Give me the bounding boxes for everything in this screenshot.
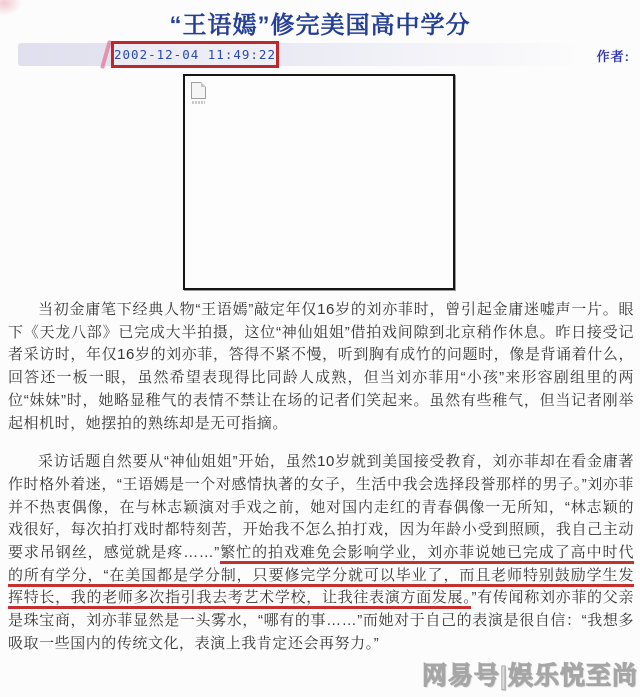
article-title: “王语嫣”修完美国高中学分 bbox=[0, 5, 640, 40]
broken-image-placeholder bbox=[183, 74, 455, 290]
article-page: “王语嫣”修完美国高中学分 2002-12-04 11:49:22 作者: 当初… bbox=[0, 0, 640, 697]
author-label: 作者: bbox=[597, 46, 630, 65]
paragraph-2: 采访话题自然要从“神仙姐姐”开始，虽然10岁就到美国接受教育，刘亦菲却在看金庸著… bbox=[8, 451, 634, 655]
netease-watermark: 网易号|娱乐悦至尚 bbox=[422, 656, 638, 692]
paragraph-1: 当初金庸笔下经典人物“王语嫣”敲定年仅16岁的刘亦菲时，曾引起金庸迷嘘声一片。眼… bbox=[8, 299, 634, 435]
publish-timestamp: 2002-12-04 11:49:22 bbox=[114, 47, 276, 62]
date-annotation-box: 2002-12-04 11:49:22 bbox=[111, 41, 279, 68]
article-body: 当初金庸笔下经典人物“王语嫣”敲定年仅16岁的刘亦菲时，曾引起金庸迷嘘声一片。眼… bbox=[8, 299, 634, 672]
broken-image-icon bbox=[191, 82, 206, 99]
paragraph-1-text: 当初金庸笔下经典人物“王语嫣”敲定年仅16岁的刘亦菲时，曾引起金庸迷嘘声一片。眼… bbox=[8, 301, 634, 432]
